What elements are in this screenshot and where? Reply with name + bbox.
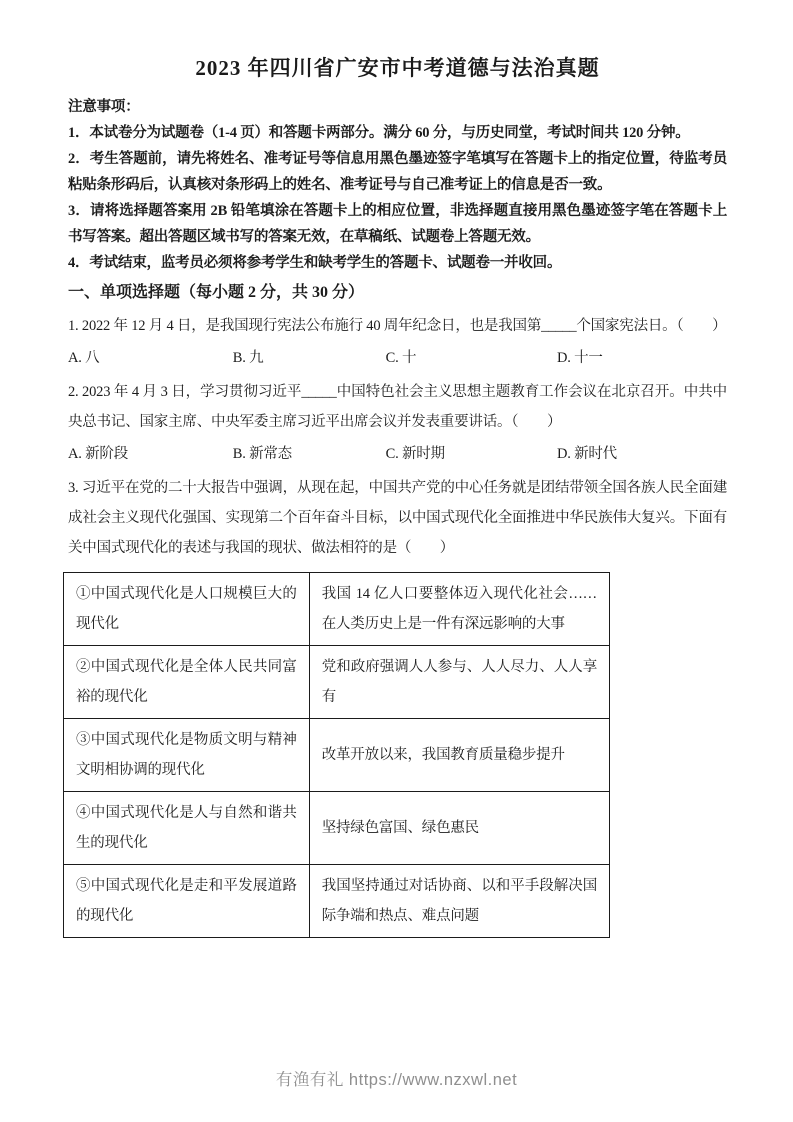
section-heading: 一、单项选择题（每小题 2 分，共 30 分） [68,278,727,307]
table-cell-statement-3: ③中国式现代化是物质文明与精神文明相协调的现代化 [64,719,310,792]
question-2-stem: 2. 2023 年 4 月 3 日，学习贯彻习近平_____中国特色社会主义思想… [68,377,727,437]
exam-document-page: 2023 年四川省广安市中考道德与法治真题 注意事项： 1．本试卷分为试题卷（1… [0,0,793,1122]
table-cell-statement-5: ⑤中国式现代化是走和平发展道路的现代化 [64,865,310,938]
question-1-option-d: D. 十一 [557,343,727,373]
table-row-3: ③中国式现代化是物质文明与精神文明相协调的现代化 改革开放以来，我国教育质量稳步… [64,719,610,792]
notice-item-1: 1．本试卷分为试题卷（1-4 页）和答题卡两部分。满分 60 分，与历史同堂，考… [68,120,727,146]
question-2-option-a: A. 新阶段 [68,439,233,469]
table-row-1: ①中国式现代化是人口规模巨大的现代化 我国 14 亿人口要整体迈入现代化社会……… [64,573,610,646]
table-cell-statement-2: ②中国式现代化是全体人民共同富裕的现代化 [64,646,310,719]
notice-item-4: 4．考试结束，监考员必须将参考学生和缺考学生的答题卡、试题卷一并收回。 [68,250,727,276]
table-cell-fact-4: 坚持绿色富国、绿色惠民 [309,792,609,865]
table-cell-fact-3: 改革开放以来，我国教育质量稳步提升 [309,719,609,792]
notices-heading: 注意事项： [68,94,727,120]
question-2-options: A. 新阶段 B. 新常态 C. 新时期 D. 新时代 [68,439,727,469]
question-2-option-c: C. 新时期 [386,439,557,469]
question-3-stem: 3. 习近平在党的二十大报告中强调，从现在起，中国共产党的中心任务就是团结带领全… [68,473,727,563]
question-1-options: A. 八 B. 九 C. 十 D. 十一 [68,343,727,373]
question-1-stem: 1. 2022 年 12 月 4 日，是我国现行宪法公布施行 40 周年纪念日，… [68,311,727,341]
notice-item-2: 2．考生答题前，请先将姓名、准考证号等信息用黑色墨迹签字笔填写在答题卡上的指定位… [68,146,727,198]
table-row-4: ④中国式现代化是人与自然和谐共生的现代化 坚持绿色富国、绿色惠民 [64,792,610,865]
question-1-option-a: A. 八 [68,343,233,373]
question-2-option-b: B. 新常态 [233,439,386,469]
table-cell-fact-5: 我国坚持通过对话协商、以和平手段解决国际争端和热点、难点问题 [309,865,609,938]
table-row-5: ⑤中国式现代化是走和平发展道路的现代化 我国坚持通过对话协商、以和平手段解决国际… [64,865,610,938]
table-cell-fact-2: 党和政府强调人人参与、人人尽力、人人享有 [309,646,609,719]
question-2-option-d: D. 新时代 [557,439,727,469]
notice-item-3: 3．请将选择题答案用 2B 铅笔填涂在答题卡上的相应位置，非选择题直接用黑色墨迹… [68,198,727,250]
table-cell-statement-4: ④中国式现代化是人与自然和谐共生的现代化 [64,792,310,865]
question-1-option-b: B. 九 [233,343,386,373]
table-cell-fact-1: 我国 14 亿人口要整体迈入现代化社会……在人类历史上是一件有深远影响的大事 [309,573,609,646]
exam-notices: 注意事项： 1．本试卷分为试题卷（1-4 页）和答题卡两部分。满分 60 分，与… [68,94,727,276]
table-cell-statement-1: ①中国式现代化是人口规模巨大的现代化 [64,573,310,646]
watermark-footer: 有渔有礼 https://www.nzxwl.net [0,1066,793,1090]
page-title: 2023 年四川省广安市中考道德与法治真题 [68,52,727,82]
question-3-table: ①中国式现代化是人口规模巨大的现代化 我国 14 亿人口要整体迈入现代化社会……… [63,572,610,938]
question-1-option-c: C. 十 [386,343,557,373]
table-row-2: ②中国式现代化是全体人民共同富裕的现代化 党和政府强调人人参与、人人尽力、人人享… [64,646,610,719]
